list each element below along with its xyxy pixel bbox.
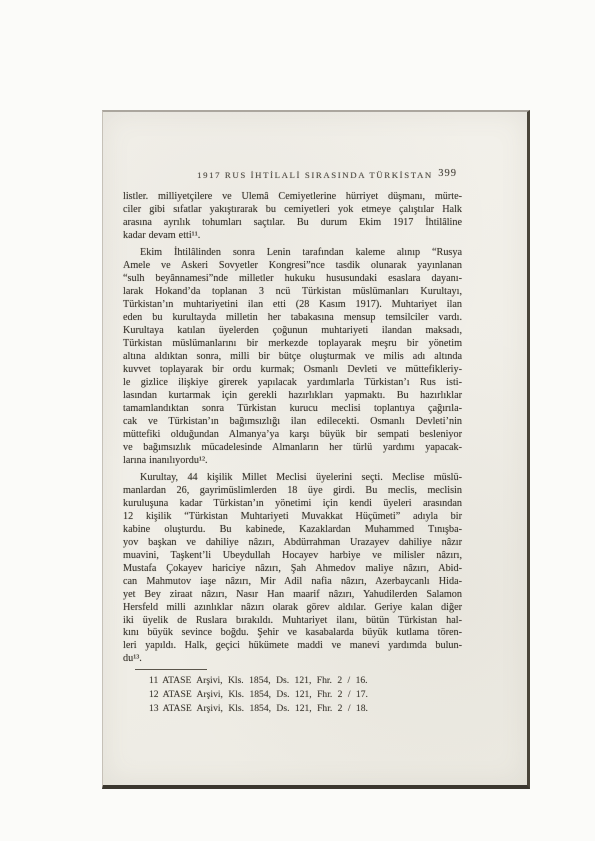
- text-line: Türkistan’ın muhtariyetini ilan etti (28…: [123, 299, 462, 312]
- text-line: larına inanılıyordu¹².: [123, 455, 462, 468]
- text-line: kadar devam etti¹¹.: [123, 230, 462, 243]
- scanned-book-page: 1917 RUS İHTİLALİ SIRASINDA TÜRKİSTAN 39…: [102, 110, 530, 789]
- text-line: arasına ayrılık tohumları saçtılar. Bu d…: [123, 217, 462, 230]
- footnotes: 11ATASE Arşivi, Kls. 1854, Ds. 121, Fhr.…: [123, 674, 463, 715]
- footnote-number: 13: [149, 703, 159, 714]
- text-line: tamamlandıktan sonra Türkistan kurucu me…: [123, 403, 462, 416]
- running-title: 1917 RUS İHTİLALİ SIRASINDA TÜRKİSTAN: [197, 170, 433, 180]
- text-line: “sulh beyânnamesi”nde milletler hukuku h…: [123, 273, 462, 286]
- text-line: lasından kurtarmak için gerekli hazırlık…: [123, 390, 462, 403]
- footnote-number: 11: [149, 675, 158, 686]
- text-line: can Mahmutov iaşe nâzırı, Mir Adil nafia…: [123, 576, 462, 589]
- text-line: leri yapıldı. Halk, geçici hükümete madd…: [123, 640, 462, 653]
- text-line: Türkistan müslümanlarını bir merkezde to…: [123, 338, 462, 351]
- paragraph: Kurultay, 44 kişilik Millet Meclisi üyel…: [123, 472, 462, 666]
- text-line: Mustafa Çokayev hariciye nâzırı, Şah Ahm…: [123, 563, 462, 576]
- text-line: larak Hokand’da toplanan 3 ncü Türkistan…: [123, 286, 462, 299]
- text-line: kuvvet toplayarak bir ordu kurmak; Osman…: [123, 364, 462, 377]
- text-line: cak ve Türkistan’ın bağımsızlığı ilan ed…: [123, 416, 462, 429]
- text-line: eden bu kurultayda milletin her tabakası…: [123, 312, 462, 325]
- text-line: altına aldıktan sonra, milli bir bütçe o…: [123, 351, 462, 364]
- text-line: muavini, Taşkent’li Ubeydullah Hocayev h…: [123, 550, 462, 563]
- text-line: iki üyelik de Ruslara bırakıldı. Muhtari…: [123, 615, 462, 628]
- footnote-number: 12: [149, 689, 159, 700]
- running-header: 1917 RUS İHTİLALİ SIRASINDA TÜRKİSTAN 39…: [103, 170, 527, 183]
- footnote-text: ATASE Arşivi, Kls. 1854, Ds. 121, Fhr. 2…: [163, 703, 368, 714]
- footnote-separator: [135, 669, 207, 670]
- text-line: manlardan 26, gayrimüslimlerden 18 üye g…: [123, 485, 462, 498]
- text-line: 12 kişilik “Türkistan Muhtariyeti Muvakk…: [123, 511, 462, 524]
- text-line: müttefiki olduğundan Almanya’ya karşı bü…: [123, 429, 462, 442]
- text-line: yov başkan ve dahiliye nâzırı, Abdürrahm…: [123, 537, 462, 550]
- text-line: le gizlice ilişkiye girerek yapılacak ya…: [123, 377, 462, 390]
- footnote-text: ATASE Arşivi, Kls. 1854, Ds. 121, Fhr. 2…: [162, 675, 367, 686]
- text-line: kuruluşuna kadar Türkistan’ın yönetimi i…: [123, 498, 462, 511]
- text-line: Amele ve Askeri Sovyetler Kongresi”nce t…: [123, 260, 462, 273]
- body-text: listler. milliyetçilere ve Ulemâ Cemiyet…: [123, 191, 462, 666]
- text-line: ciler gibi sıfatlar yakıştırarak bu cemi…: [123, 204, 462, 217]
- text-line: du¹³.: [123, 653, 462, 666]
- text-line: yet Bey ziraat nâzırı, Nasır Han maarif …: [123, 589, 462, 602]
- footnote-line: 13ATASE Arşivi, Kls. 1854, Ds. 121, Fhr.…: [123, 702, 463, 716]
- text-line: kını büyük sevince boğdu. Şehir ve kasab…: [123, 627, 462, 640]
- footnote-line: 11ATASE Arşivi, Kls. 1854, Ds. 121, Fhr.…: [123, 674, 463, 688]
- text-line: Hersfeld milli azınlıklar nâzırı olarak …: [123, 602, 462, 615]
- text-line: Kurultaya katılan üyelerden çoğunun muht…: [123, 325, 462, 338]
- text-line: ve bağımsızlık mücadelesinde Almanların …: [123, 442, 462, 455]
- paragraph: listler. milliyetçilere ve Ulemâ Cemiyet…: [123, 191, 462, 243]
- footnote-text: ATASE Arşivi, Kls. 1854, Ds. 121, Fhr. 2…: [163, 689, 368, 700]
- paragraph: Ekim İhtilâlinden sonra Lenin tarafından…: [123, 247, 462, 467]
- text-line: Ekim İhtilâlinden sonra Lenin tarafından…: [123, 247, 462, 260]
- footnote-line: 12ATASE Arşivi, Kls. 1854, Ds. 121, Fhr.…: [123, 688, 463, 702]
- text-line: kabine oluşturdu. Bu kabinede, Kazaklard…: [123, 524, 462, 537]
- text-line: listler. milliyetçilere ve Ulemâ Cemiyet…: [123, 191, 462, 204]
- page-number: 399: [438, 168, 457, 179]
- text-line: Kurultay, 44 kişilik Millet Meclisi üyel…: [123, 472, 462, 485]
